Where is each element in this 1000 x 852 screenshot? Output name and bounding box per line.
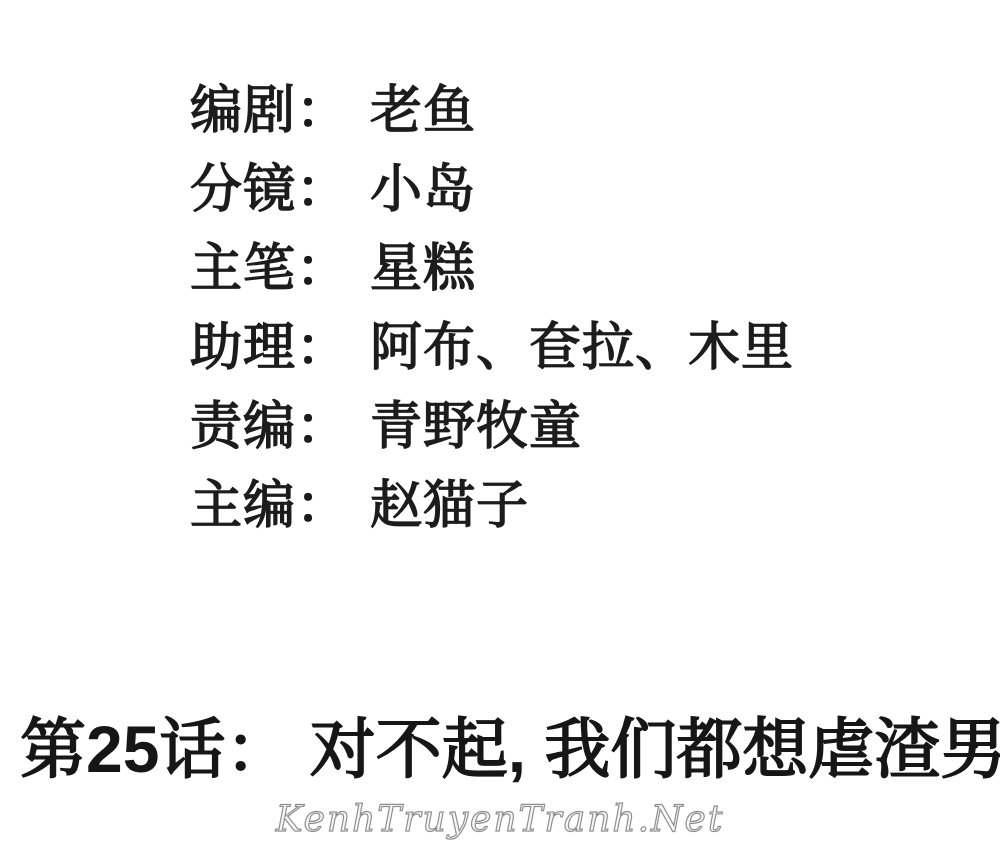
credit-colon: ： bbox=[296, 398, 349, 456]
chapter-title: 第25话： 对不起, 我们都想虐渣男 bbox=[20, 703, 980, 795]
credit-name: 阿布、奆拉、木里 bbox=[370, 309, 794, 388]
credit-label-text: 主编 bbox=[190, 477, 296, 535]
credit-row-chief-editor: 主编： 赵猫子 bbox=[190, 467, 794, 546]
credit-label-text: 分镜 bbox=[190, 161, 296, 219]
credit-label: 编剧： bbox=[190, 72, 370, 151]
credit-row-storyboard: 分镜： 小岛 bbox=[190, 151, 794, 230]
credit-row-screenwriter: 编剧： 老鱼 bbox=[190, 72, 794, 151]
credit-label-text: 助理 bbox=[190, 319, 296, 377]
credit-label: 主笔： bbox=[190, 230, 370, 309]
credit-name: 小岛 bbox=[370, 151, 476, 230]
credit-name: 星糕 bbox=[370, 230, 476, 309]
credit-row-assistants: 助理： 阿布、奆拉、木里 bbox=[190, 309, 794, 388]
comic-credits-page: 编剧： 老鱼 分镜： 小岛 主笔： 星糕 助理： 阿布、奆拉、木里 责编： 青野… bbox=[0, 0, 1000, 852]
credit-label: 分镜： bbox=[190, 151, 370, 230]
credit-label: 助理： bbox=[190, 309, 370, 388]
credit-label-text: 主笔 bbox=[190, 240, 296, 298]
credit-colon: ： bbox=[296, 477, 349, 535]
credit-name: 老鱼 bbox=[370, 72, 476, 151]
credit-row-lead-artist: 主笔： 星糕 bbox=[190, 230, 794, 309]
credit-colon: ： bbox=[296, 82, 349, 140]
watermark-text: KenhTruyenTranh.Net bbox=[0, 796, 1000, 844]
credit-colon: ： bbox=[296, 319, 349, 377]
credit-label: 主编： bbox=[190, 467, 370, 546]
credit-label-text: 责编 bbox=[190, 398, 296, 456]
credit-colon: ： bbox=[296, 161, 349, 219]
credits-block: 编剧： 老鱼 分镜： 小岛 主笔： 星糕 助理： 阿布、奆拉、木里 责编： 青野… bbox=[190, 72, 794, 546]
credit-row-editor: 责编： 青野牧童 bbox=[190, 388, 794, 467]
credit-label: 责编： bbox=[190, 388, 370, 467]
credit-name: 赵猫子 bbox=[370, 467, 529, 546]
credit-label-text: 编剧 bbox=[190, 82, 296, 140]
credit-colon: ： bbox=[296, 240, 349, 298]
credit-name: 青野牧童 bbox=[370, 388, 582, 467]
